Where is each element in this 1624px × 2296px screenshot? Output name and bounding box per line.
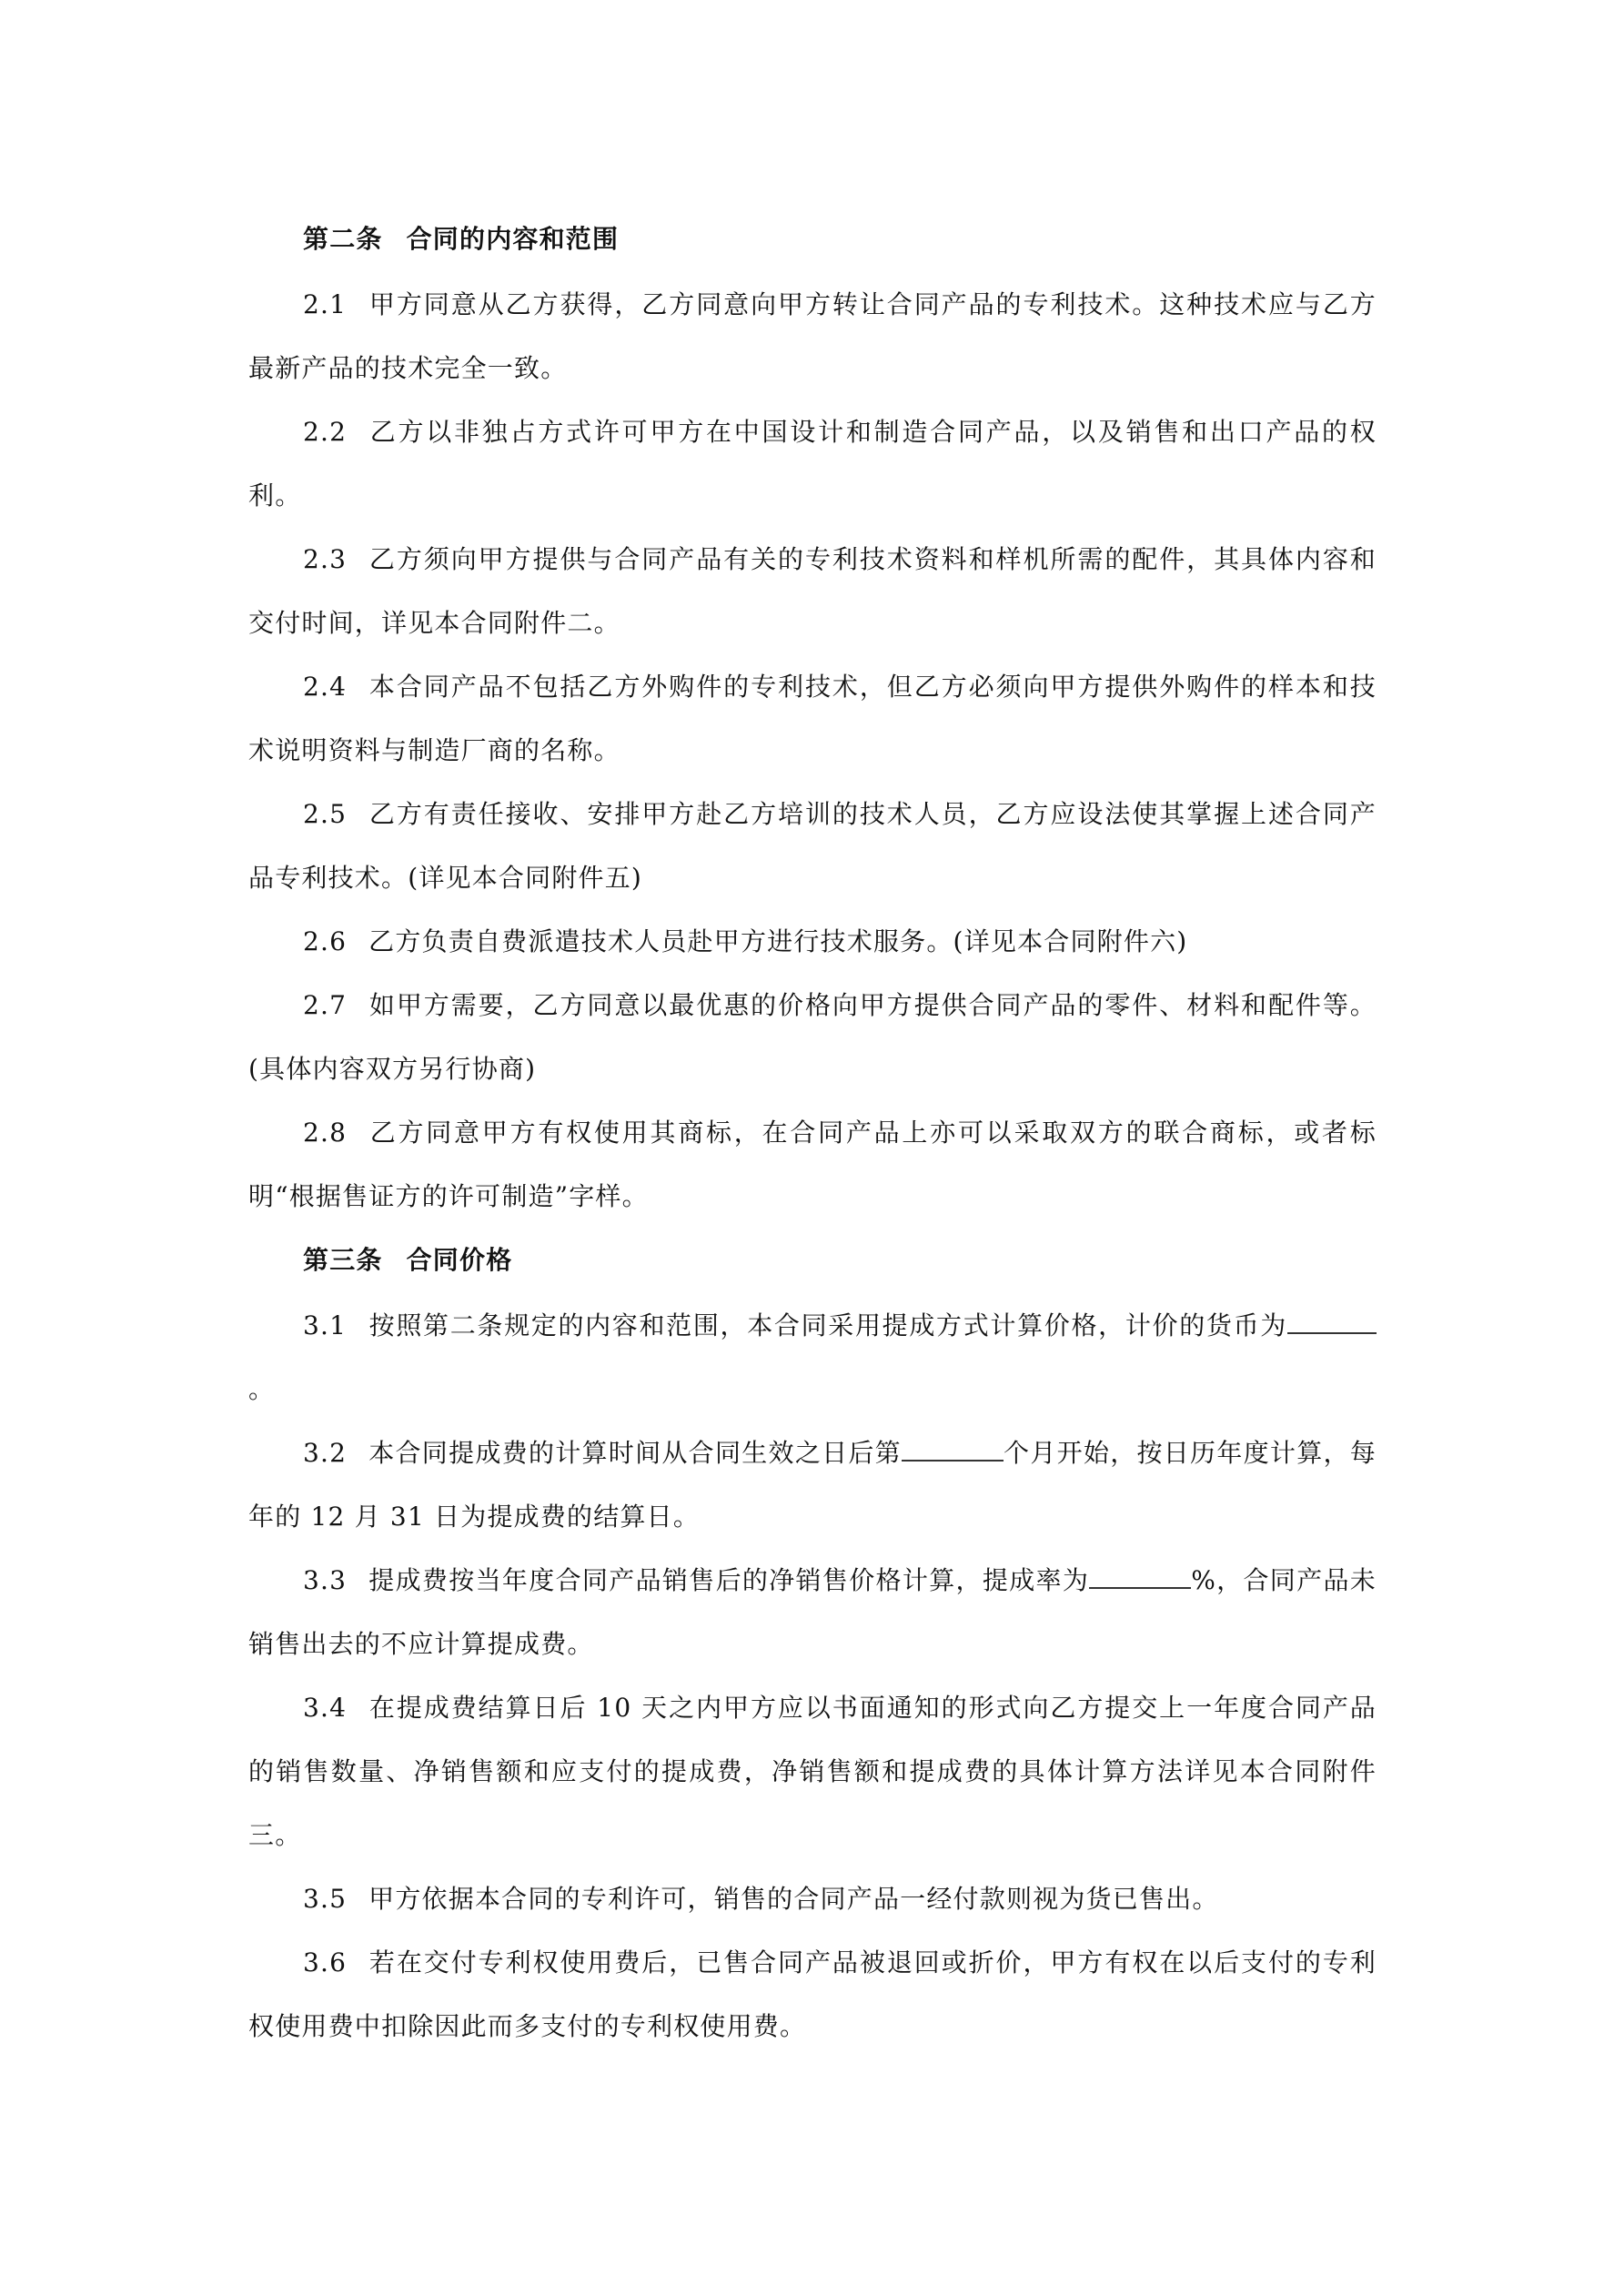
fill-in-blank-currency[interactable] bbox=[1287, 1312, 1377, 1334]
clause-text: 本合同产品不包括乙方外购件的专利技术，但乙方必须向甲方提供外购件的样本和技术说明… bbox=[248, 672, 1377, 765]
clause-number: 2.7 bbox=[303, 990, 347, 1020]
clause-number: 2.1 bbox=[303, 289, 347, 319]
clause-2-7: 2.7如甲方需要，乙方同意以最优惠的价格向甲方提供合同产品的零件、材料和配件等。… bbox=[248, 974, 1377, 1101]
clause-number: 3.3 bbox=[303, 1565, 347, 1595]
clause-3-1: 3.1按照第二条规定的内容和范围，本合同采用提成方式计算价格，计价的货币为。 bbox=[248, 1294, 1377, 1421]
clause-number: 2.5 bbox=[303, 799, 347, 829]
section-title: 合同的内容和范围 bbox=[407, 224, 620, 254]
clause-number: 2.3 bbox=[303, 544, 347, 574]
clause-number: 2.8 bbox=[303, 1118, 347, 1148]
clause-text: 提成费按当年度合同产品销售后的净销售价格计算，提成率为 bbox=[368, 1565, 1089, 1595]
clause-number: 2.4 bbox=[303, 672, 347, 702]
fill-in-blank-months[interactable] bbox=[902, 1440, 1004, 1462]
clause-text: 乙方以非独占方式许可甲方在中国设计和制造合同产品，以及销售和出口产品的权利。 bbox=[248, 417, 1377, 511]
clause-text: 若在交付专利权使用费后，已售合同产品被退回或折价，甲方有权在以后支付的专利权使用… bbox=[248, 1947, 1377, 2041]
fill-in-blank-royalty-rate[interactable] bbox=[1089, 1567, 1191, 1589]
clause-2-1: 2.1甲方同意从乙方获得，乙方同意向甲方转让合同产品的专利技术。这种技术应与乙方… bbox=[248, 273, 1377, 400]
section-heading-2: 第二条合同的内容和范围 bbox=[248, 207, 1377, 271]
clause-3-3: 3.3提成费按当年度合同产品销售后的净销售价格计算，提成率为%，合同产品未销售出… bbox=[248, 1549, 1377, 1676]
clause-text-end: 。 bbox=[248, 1374, 275, 1404]
clause-text: 乙方负责自费派遣技术人员赴甲方进行技术服务。(详见本合同附件六) bbox=[368, 926, 1187, 956]
clause-2-2: 2.2乙方以非独占方式许可甲方在中国设计和制造合同产品，以及销售和出口产品的权利… bbox=[248, 400, 1377, 528]
clause-text: 乙方须向甲方提供与合同产品有关的专利技术资料和样机所需的配件，其具体内容和交付时… bbox=[248, 544, 1377, 638]
clause-3-2: 3.2本合同提成费的计算时间从合同生效之日后第个月开始，按日历年度计算，每年的 … bbox=[248, 1421, 1377, 1549]
clause-number: 3.5 bbox=[303, 1884, 347, 1914]
clause-2-6: 2.6乙方负责自费派遣技术人员赴甲方进行技术服务。(详见本合同附件六) bbox=[248, 910, 1377, 974]
clause-text: 在提成费结算日后 10 天之内甲方应以书面通知的形式向乙方提交上一年度合同产品的… bbox=[248, 1693, 1377, 1850]
clause-text: 乙方有责任接收、安排甲方赴乙方培训的技术人员，乙方应设法使其掌握上述合同产品专利… bbox=[248, 799, 1377, 893]
clause-2-3: 2.3乙方须向甲方提供与合同产品有关的专利技术资料和样机所需的配件，其具体内容和… bbox=[248, 528, 1377, 655]
clause-number: 3.2 bbox=[303, 1438, 347, 1468]
clause-text: 乙方同意甲方有权使用其商标，在合同产品上亦可以采取双方的联合商标，或者标明“根据… bbox=[248, 1118, 1377, 1211]
clause-number: 3.6 bbox=[303, 1947, 347, 1977]
document-page: 第二条合同的内容和范围 2.1甲方同意从乙方获得，乙方同意向甲方转让合同产品的专… bbox=[248, 207, 1377, 2058]
clause-text: 按照第二条规定的内容和范围，本合同采用提成方式计算价格，计价的货币为 bbox=[368, 1310, 1287, 1340]
clause-number: 3.1 bbox=[303, 1310, 347, 1340]
section-number: 第二条 bbox=[303, 224, 383, 254]
clause-2-5: 2.5乙方有责任接收、安排甲方赴乙方培训的技术人员，乙方应设法使其掌握上述合同产… bbox=[248, 783, 1377, 910]
clause-text: 甲方同意从乙方获得，乙方同意向甲方转让合同产品的专利技术。这种技术应与乙方最新产… bbox=[248, 289, 1377, 383]
clause-2-8: 2.8乙方同意甲方有权使用其商标，在合同产品上亦可以采取双方的联合商标，或者标明… bbox=[248, 1101, 1377, 1229]
section-heading-3: 第三条合同价格 bbox=[248, 1229, 1377, 1292]
clause-3-5: 3.5甲方依据本合同的专利许可，销售的合同产品一经付款则视为货已售出。 bbox=[248, 1867, 1377, 1931]
clause-number: 2.2 bbox=[303, 417, 347, 447]
section-title: 合同价格 bbox=[407, 1245, 513, 1275]
clause-3-4: 3.4在提成费结算日后 10 天之内甲方应以书面通知的形式向乙方提交上一年度合同… bbox=[248, 1676, 1377, 1867]
clause-text: 如甲方需要，乙方同意以最优惠的价格向甲方提供合同产品的零件、材料和配件等。(具体… bbox=[248, 990, 1377, 1084]
clause-number: 2.6 bbox=[303, 926, 347, 956]
clause-text: 甲方依据本合同的专利许可，销售的合同产品一经付款则视为货已售出。 bbox=[368, 1884, 1218, 1914]
section-number: 第三条 bbox=[303, 1245, 383, 1275]
clause-2-4: 2.4本合同产品不包括乙方外购件的专利技术，但乙方必须向甲方提供外购件的样本和技… bbox=[248, 655, 1377, 783]
clause-text: 本合同提成费的计算时间从合同生效之日后第 bbox=[368, 1438, 902, 1468]
clause-3-6: 3.6若在交付专利权使用费后，已售合同产品被退回或折价，甲方有权在以后支付的专利… bbox=[248, 1931, 1377, 2058]
clause-number: 3.4 bbox=[303, 1693, 347, 1723]
